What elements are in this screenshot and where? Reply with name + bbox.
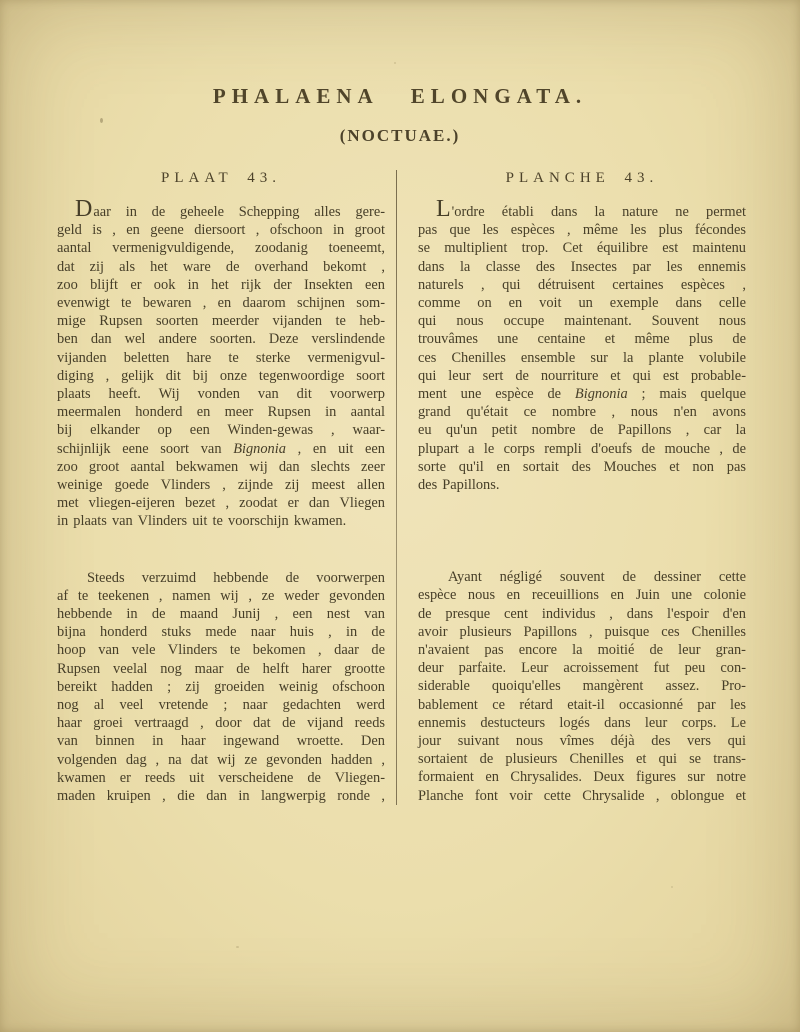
text-line: espèce nous en receuillions en Juin une … bbox=[418, 586, 746, 604]
text-line: ennemis destucteurs logés dans leur corp… bbox=[418, 714, 746, 732]
text-line: in plaats van Vlinders uit te voorschijn… bbox=[57, 512, 385, 530]
text-line: se multiplient trop. Cet équilibre est m… bbox=[418, 239, 746, 257]
french-column-heading: PLANCHE 43. bbox=[418, 168, 746, 188]
text-line: ment une espèce de Bignonia ; mais quelq… bbox=[418, 385, 746, 403]
initial-capital: D bbox=[75, 196, 93, 222]
text-line: jour suivant nous vîmes déjà des vers qu… bbox=[418, 732, 746, 750]
book-page: PHALAENA ELONGATA. (NOCTUAE.) PLAAT 43. … bbox=[0, 0, 800, 1032]
text-line: evenwigt te bewaren , en daarom schijnen… bbox=[57, 294, 385, 312]
paragraph: Steeds verzuimd hebbende de voorwerpenaf… bbox=[57, 569, 385, 806]
text-line: formaient en Chrysalides. Deux figures s… bbox=[418, 768, 746, 786]
text-line: schijnlijk eene soort van Bignonia , en … bbox=[57, 440, 385, 458]
text-line: haar groei vertraagd , door dat de vijan… bbox=[57, 714, 385, 732]
text-line: nog al veel vretende ; naar gedachten we… bbox=[57, 696, 385, 714]
paragraph: L'ordre établi dans la nature ne permetp… bbox=[418, 197, 746, 494]
text-line: vijanden beletten hare te sterke vermeni… bbox=[57, 349, 385, 367]
text-line: zoo groot aantal bekwamen wij dan slecht… bbox=[57, 458, 385, 476]
column-divider-rule bbox=[396, 170, 397, 805]
page-subtitle: (NOCTUAE.) bbox=[55, 126, 745, 146]
text-line: de presque cent individus , dans l'espoi… bbox=[418, 605, 746, 623]
text-line: sorte qu'il en sortait des Mouches et no… bbox=[418, 458, 746, 476]
initial-capital: L bbox=[436, 196, 452, 222]
text-line: plaats heeft. Wij vonden van dit voorwer… bbox=[57, 385, 385, 403]
text-line: hoop van vele Vlinders te bekomen , daar… bbox=[57, 641, 385, 659]
text-line: grand qu'était ce nombre , nous n'en avo… bbox=[418, 403, 746, 421]
text-line: Rupsen veelal nog maar de helft harer gr… bbox=[57, 660, 385, 678]
text-line: Ayant négligé souvent de dessiner cette bbox=[418, 568, 746, 586]
dutch-column-heading: PLAAT 43. bbox=[57, 168, 385, 188]
text-line: Daar in de geheele Schepping alles gere- bbox=[57, 197, 385, 221]
text-line: bij elkander op een Winden-gewas , waar- bbox=[57, 421, 385, 439]
paper-speck bbox=[236, 946, 239, 948]
text-line: plupart a le corps rempli d'oeufs de mou… bbox=[418, 440, 746, 458]
text-line: comme on en voit un exemple dans celle bbox=[418, 294, 746, 312]
text-line: diging , gelijk dit bij onze tegenwoordi… bbox=[57, 367, 385, 385]
text-line: pas que les espèces , même les plus féco… bbox=[418, 221, 746, 239]
text-line: kwamen er reeds uit verscheidene de Vlie… bbox=[57, 769, 385, 787]
text-line: met vliegen-eijeren bezet , zoodat er da… bbox=[57, 494, 385, 512]
text-line: Steeds verzuimd hebbende de voorwerpen bbox=[57, 569, 385, 587]
text-line: siderable quoiqu'elles mangèrent assez. … bbox=[418, 677, 746, 695]
text-line: des Papillons. bbox=[418, 476, 746, 494]
text-line: af te teekenen , namen wij , ze weder ge… bbox=[57, 587, 385, 605]
text-line: maden kruipen , die dan in langwerpig ro… bbox=[57, 787, 385, 805]
text-line: qui nous occupe maintenant. Souvent nous bbox=[418, 312, 746, 330]
dutch-column-body: Daar in de geheele Schepping alles gere-… bbox=[57, 197, 385, 805]
text-line: sortaient de plusieurs Chenilles et qui … bbox=[418, 750, 746, 768]
paragraph: Ayant négligé souvent de dessiner cettee… bbox=[418, 568, 746, 805]
french-column-body: L'ordre établi dans la nature ne permetp… bbox=[418, 197, 746, 805]
paper-speck bbox=[100, 118, 103, 123]
text-line: bereikt hadden ; zij groeiden weinig ofs… bbox=[57, 678, 385, 696]
text-line: trouvâmes une centaine et même plus de bbox=[418, 330, 746, 348]
text-line: dat zij als het ware de overhand bekomt … bbox=[57, 258, 385, 276]
text-line: naturels , qui détruisent certaines espè… bbox=[418, 276, 746, 294]
text-line: meermalen honderd en meer Rupsen in aant… bbox=[57, 403, 385, 421]
text-line: aantal vermenigvuldigende, zoodanig toen… bbox=[57, 239, 385, 257]
text-line: n'avaient pas encore la moitié de leur g… bbox=[418, 641, 746, 659]
paragraph: Daar in de geheele Schepping alles gere-… bbox=[57, 197, 385, 531]
text-line: L'ordre établi dans la nature ne permet bbox=[418, 197, 746, 221]
text-line: dans la classe des Insectes par les enne… bbox=[418, 258, 746, 276]
text-line: volgenden dag , na dat wij ze gevonden h… bbox=[57, 751, 385, 769]
text-line: geld is , en geene diersoort , ofschoon … bbox=[57, 221, 385, 239]
two-column-text: PLAAT 43. Daar in de geheele Schepping a… bbox=[57, 168, 746, 805]
french-column: PLANCHE 43. L'ordre établi dans la natur… bbox=[418, 168, 746, 805]
text-line: bijna honderd stuks mede naar huis , in … bbox=[57, 623, 385, 641]
text-line: weinige goede Vlinders , zijnde zij mees… bbox=[57, 476, 385, 494]
text-line: ces Chenilles ensemble sur la plante vol… bbox=[418, 349, 746, 367]
text-line: zoo blijft er ook in het rijk der Insekt… bbox=[57, 276, 385, 294]
page-title: PHALAENA ELONGATA. bbox=[55, 84, 745, 109]
text-line: bablement ce rétard etait-il occasionné … bbox=[418, 696, 746, 714]
paper-speck bbox=[671, 886, 673, 888]
text-line: deur parfaite. Leur acroissement fut peu… bbox=[418, 659, 746, 677]
text-line: ben dan wel andere soorten. Deze verslin… bbox=[57, 330, 385, 348]
text-line: Planche font voir cette Chrysalide , obl… bbox=[418, 787, 746, 805]
text-line: qui leur sert de nourriture et qui est p… bbox=[418, 367, 746, 385]
text-line: avoir plusieurs Papillons , puisque ces … bbox=[418, 623, 746, 641]
text-line: eu qu'un petit nombre de Papillons , car… bbox=[418, 421, 746, 439]
text-line: hebbende in de maand Junij , een nest va… bbox=[57, 605, 385, 623]
paper-speck bbox=[394, 62, 396, 64]
text-line: van binnen in haar ingewand wroette. Den bbox=[57, 732, 385, 750]
text-line: mige Rupsen soorten meerder vijanden te … bbox=[57, 312, 385, 330]
dutch-column: PLAAT 43. Daar in de geheele Schepping a… bbox=[57, 168, 385, 805]
